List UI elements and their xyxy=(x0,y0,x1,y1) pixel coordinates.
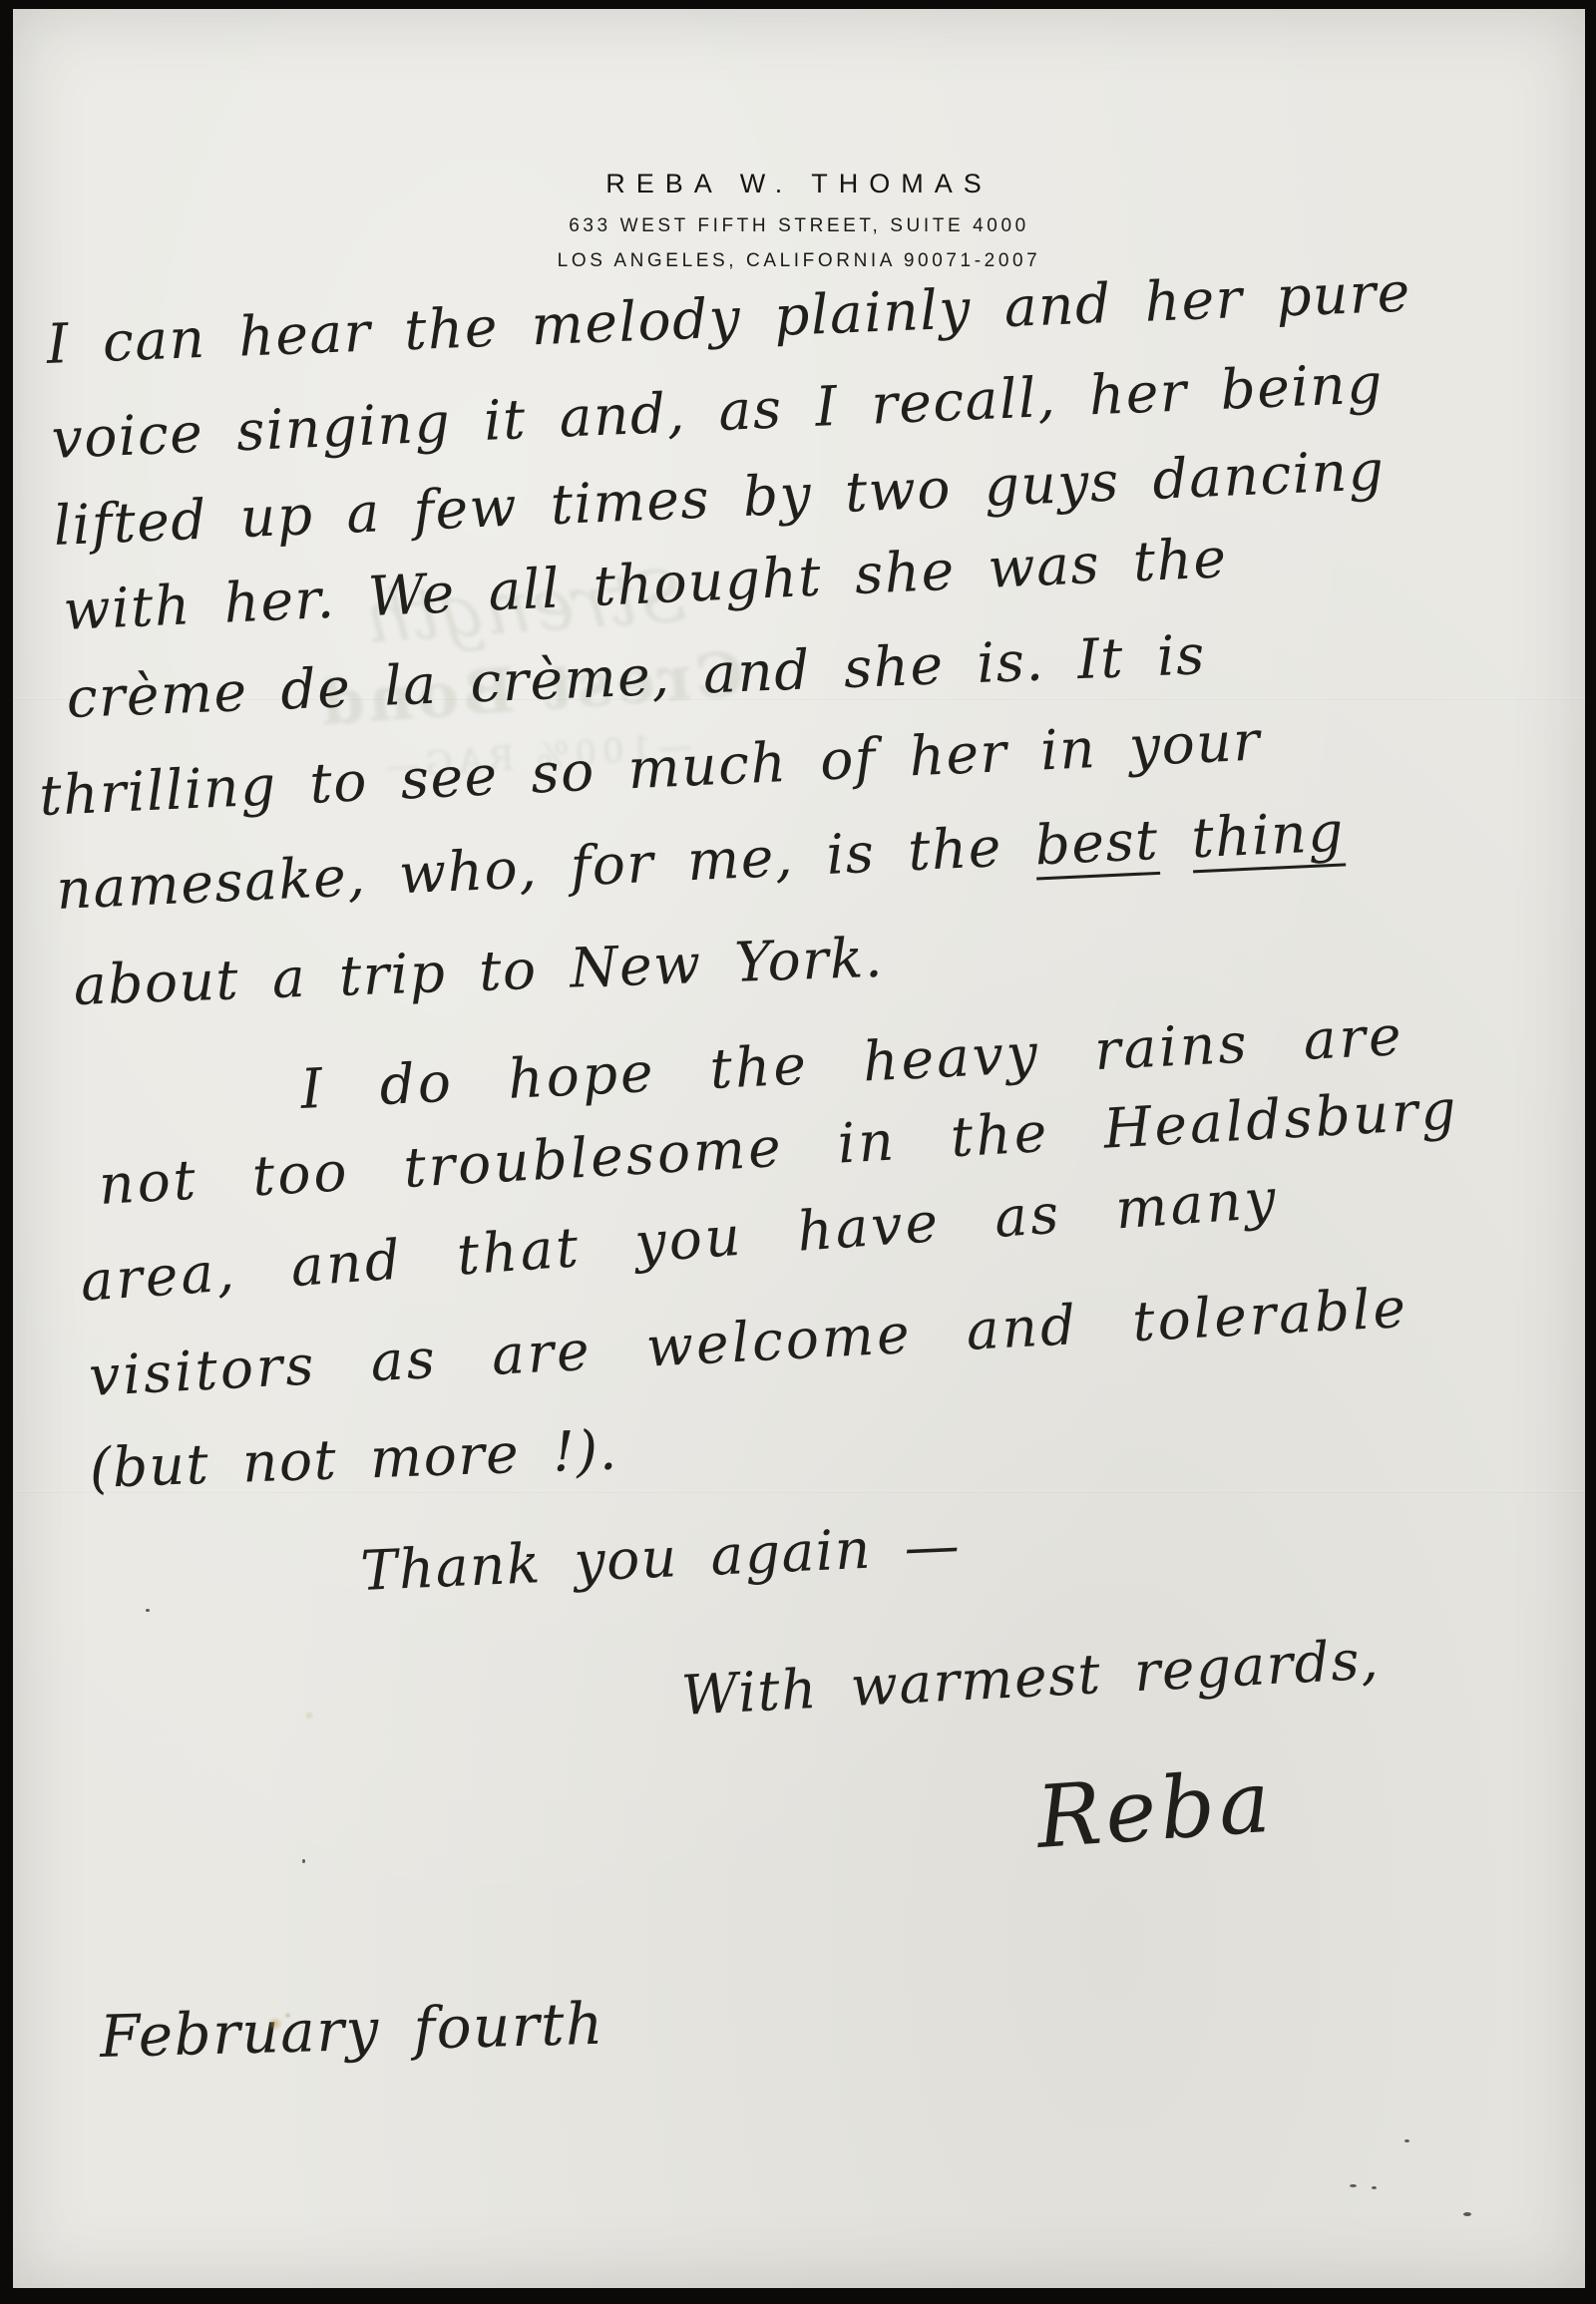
date-line: February fourth xyxy=(99,1991,604,2071)
handwriting-line: crème de la crème, and she is. It is xyxy=(66,623,1207,730)
ink-speck xyxy=(1350,2184,1357,2187)
underlined-word-thing: thing xyxy=(1190,799,1346,870)
handwriting-segment xyxy=(1157,806,1193,871)
signature: Reba xyxy=(1033,1753,1277,1868)
ink-speck xyxy=(1372,2186,1377,2189)
handwriting-line: (but not more !). xyxy=(89,1419,619,1501)
closing-regards-line: With warmest regards, xyxy=(680,1628,1382,1728)
ink-speck xyxy=(302,1859,305,1863)
letterhead-street-address: 633 WEST FIFTH STREET, SUITE 4000 xyxy=(13,215,1585,237)
ink-speck xyxy=(1404,2139,1409,2142)
letterhead-name: REBA W. THOMAS xyxy=(13,169,1585,199)
closing-thanks-line: Thank you again — xyxy=(359,1514,962,1603)
handwriting-line: thrilling to see so much of her in your xyxy=(38,709,1262,828)
handwriting-segment: namesake, who, for me, is the xyxy=(55,814,1036,922)
ink-speck xyxy=(146,1609,150,1612)
underlined-word-best: best xyxy=(1033,808,1160,878)
ink-speck xyxy=(1463,2212,1471,2216)
stain-spot xyxy=(304,1711,314,1721)
letter-paper: Strength Crest Bond —100% RAG— REBA W. T… xyxy=(13,9,1585,2288)
handwriting-line: about a trip to New York. xyxy=(73,927,885,1018)
scanned-letter-page: Strength Crest Bond —100% RAG— REBA W. T… xyxy=(0,0,1596,2304)
